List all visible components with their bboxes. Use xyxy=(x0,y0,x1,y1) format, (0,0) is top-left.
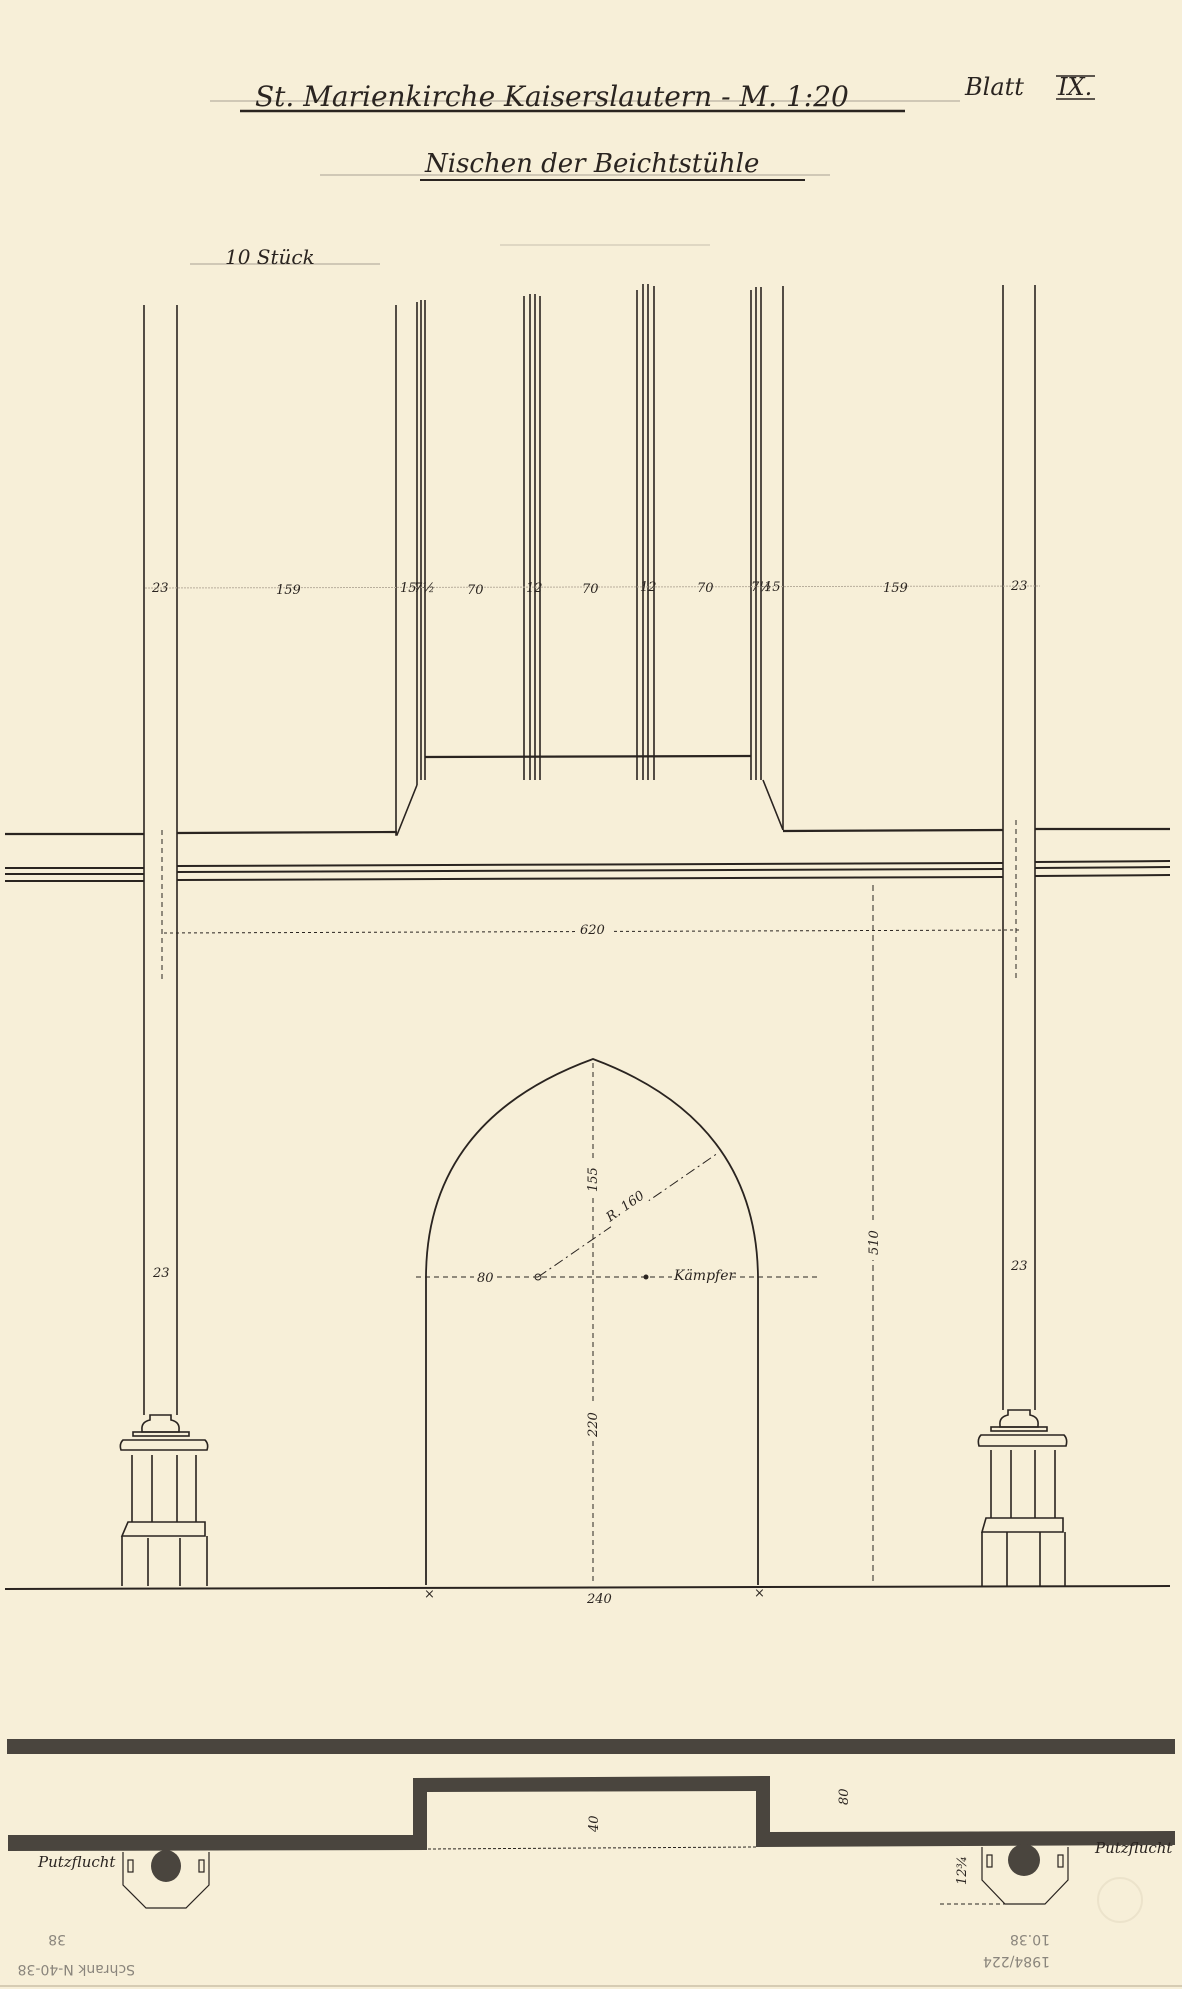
dim-overall-width: 620 xyxy=(580,923,605,938)
dim-niche-depth: 40 xyxy=(587,1815,602,1833)
archive-inventory: 1984/224 xyxy=(983,1953,1050,1969)
archive-date: 10.38 xyxy=(1010,1931,1050,1947)
quantity-label: 10 Stück xyxy=(225,245,315,269)
archive-stamp xyxy=(1098,1878,1142,1922)
dim-niche-1: 70 xyxy=(467,583,484,598)
dim-jamb-height: 220 xyxy=(586,1412,601,1438)
svg-text:12: 12 xyxy=(526,581,543,596)
archive-reference: Schrank N-40-38 xyxy=(18,1961,135,1977)
svg-text:7½: 7½ xyxy=(414,581,435,596)
svg-text:12: 12 xyxy=(640,580,657,595)
dim-bay-right: 159 xyxy=(883,581,908,596)
dim-niche-3: 70 xyxy=(697,581,714,596)
dim-arch-half: 80 xyxy=(477,1271,494,1286)
right-column-plan xyxy=(982,1844,1068,1904)
dim-wall-depth: 80 xyxy=(837,1788,852,1805)
svg-text:×: × xyxy=(424,1587,435,1602)
drawing-sheet: St. Marienkirche Kaiserslautern - M. 1:2… xyxy=(0,0,1182,1989)
svg-text:×: × xyxy=(754,1586,765,1601)
dim-15-right: 15 xyxy=(764,580,781,595)
dim-bay-left: 159 xyxy=(276,583,301,598)
sheet-label: Blatt xyxy=(964,73,1024,101)
elevation-dimensions: 23 159 15 7½ 70 12 70 12 70 7½ 15 159 23… xyxy=(145,579,1040,1607)
archive-notes: 38 Schrank N-40-38 10.38 1984/224 xyxy=(18,1931,1050,1977)
title-block: St. Marienkirche Kaiserslautern - M. 1:2… xyxy=(190,73,1095,269)
dim-opening-width: 240 xyxy=(586,1592,612,1607)
dim-column-right-lower: 23 xyxy=(1010,1259,1028,1274)
dim-column-left-lower: 23 xyxy=(152,1266,170,1281)
dim-column-offset: 12¾ xyxy=(955,1856,970,1885)
dim-niche-2: 70 xyxy=(582,582,599,597)
sheet-number: IX. xyxy=(1057,73,1092,101)
plan-label-left: Putzflucht xyxy=(37,1853,116,1871)
drawing-subtitle: Nischen der Beichtstühle xyxy=(424,149,759,179)
dim-column-left: 23 xyxy=(151,581,169,596)
dim-column-right: 23 xyxy=(1010,579,1028,594)
right-column-base xyxy=(978,1410,1066,1586)
dim-overall-height: 510 xyxy=(867,1230,882,1255)
drawing-title: St. Marienkirche Kaiserslautern - M. 1:2… xyxy=(255,80,849,113)
plan-label-right: Putzflucht xyxy=(1094,1839,1173,1857)
springing-label: Kämpfer xyxy=(673,1268,737,1284)
architectural-drawing: St. Marienkirche Kaiserslautern - M. 1:2… xyxy=(0,0,1182,1989)
archive-number: 38 xyxy=(48,1931,66,1947)
left-column-plan xyxy=(123,1850,209,1908)
dim-arch-rise: 155 xyxy=(586,1167,601,1192)
plan-view: 40 80 Putzflucht 12¾ Putzflucht xyxy=(7,1739,1175,1922)
left-column-base xyxy=(120,1415,207,1586)
